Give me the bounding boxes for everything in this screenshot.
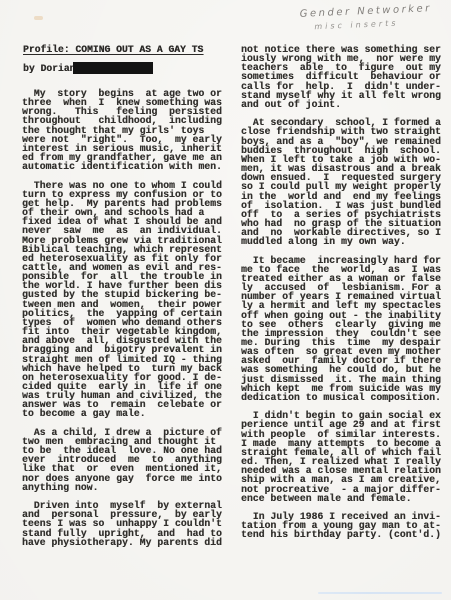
scan-artifact-line bbox=[318, 592, 442, 594]
redacted-name-bar bbox=[73, 62, 153, 74]
left-column-text: My story begins at age two or three when… bbox=[22, 89, 222, 547]
scanned-page: Gender Networker misc inserts Profile: C… bbox=[0, 0, 451, 600]
right-column-text: not notice there was something ser iousl… bbox=[241, 45, 441, 539]
article-title: Profile: COMING OUT AS A GAY TS bbox=[23, 44, 203, 55]
handwritten-note-line-2: misc inserts bbox=[314, 17, 432, 31]
handwritten-annotation: Gender Networker misc inserts bbox=[300, 3, 433, 32]
article-byline: by Dorian bbox=[23, 63, 75, 74]
scan-smudge-mark bbox=[34, 16, 43, 20]
